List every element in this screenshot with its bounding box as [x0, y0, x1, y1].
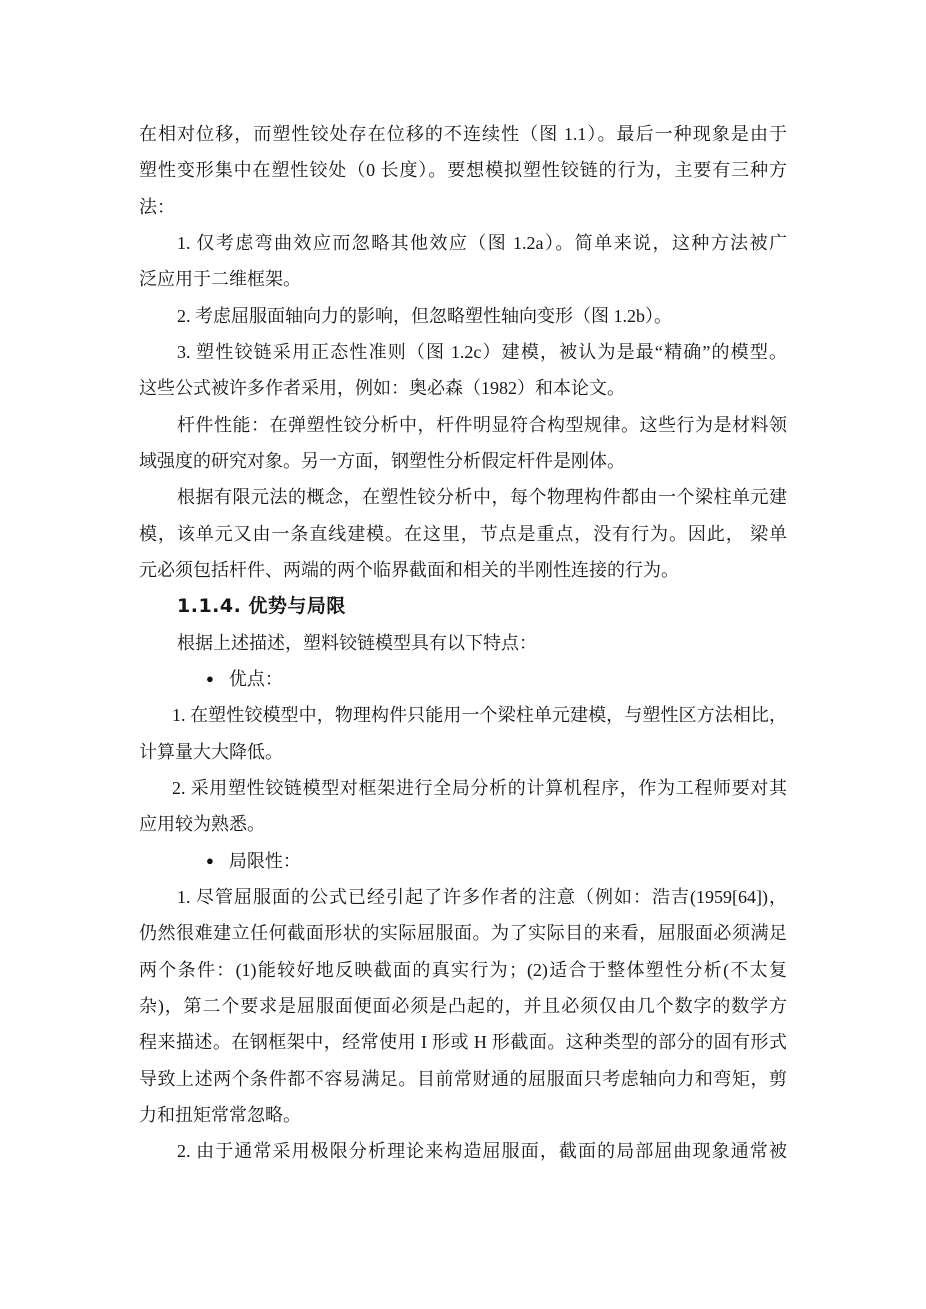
line-text: 3. 塑性铰链采用正态性准则（图 1.2c）建模，被认为是最“精确”的模型。 [177, 342, 787, 362]
line-text: 优点： [229, 669, 283, 689]
para-features-intro: 根据上述描述，塑料铰链模型具有以下特点： [139, 625, 787, 661]
text-line: ●局限性： [139, 843, 787, 879]
line-text: 1. 仅考虑弯曲效应而忽略其他效应（图 1.2a）。简单来说，这种方法被广 [177, 233, 787, 253]
document-page: 在相对位移，而塑性铰处存在位移的不连续性（图 1.1）。最后一种现象是由于塑性变… [0, 0, 926, 1309]
section-heading: 1.1.4. 优势与局限 [139, 588, 787, 624]
line-text: 2. 考虑屈服面轴向力的影响，但忽略塑性轴向变形（图 1.2b）。 [177, 306, 672, 326]
line-text: 应用较为熟悉。 [139, 814, 265, 834]
line-text: 1. 尽管屈服面的公式已经引起了许多作者的注意（例如：浩吉(1959[64])， [177, 887, 787, 907]
text-line: 计算量大大降低。 [139, 734, 787, 770]
text-line: 1. 尽管屈服面的公式已经引起了许多作者的注意（例如：浩吉(1959[64])， [139, 879, 787, 915]
line-text: 力和扭矩常常忽略。 [139, 1105, 301, 1125]
text-line: 在相对位移，而塑性铰处存在位移的不连续性（图 1.1）。最后一种现象是由于 [139, 116, 787, 152]
text-line: 泛应用于二维框架。 [139, 261, 787, 297]
text-line: 这些公式被许多作者采用，例如：奥必森（1982）和本论文。 [139, 370, 787, 406]
section-heading-1-1-4: 1.1.4. 优势与局限 [139, 588, 787, 624]
advantage-item-1: 1. 在塑性铰模型中，物理构件只能用一个梁柱单元建模，与塑性区方法相比，计算量大… [139, 697, 787, 770]
method-item-3: 3. 塑性铰链采用正态性准则（图 1.2c）建模，被认为是最“精确”的模型。这些… [139, 334, 787, 407]
text-line: 应用较为熟悉。 [139, 806, 787, 842]
limitation-item-1: 1. 尽管屈服面的公式已经引起了许多作者的注意（例如：浩吉(1959[64])，… [139, 879, 787, 1133]
line-text: 1.1.4. 优势与局限 [177, 595, 346, 617]
bullet-limitations: ●局限性： [139, 843, 787, 879]
line-text: 模，该单元又由一条直线建模。在这里，节点是重点，没有行为。因此， 梁单 [139, 524, 787, 544]
bullet-icon: ● [206, 661, 214, 697]
line-text: 两个条件：(1)能较好地反映截面的真实行为；(2)适合于整体塑性分析(不太复 [139, 960, 787, 980]
text-line: 元必须包括杆件、两端的两个临界截面和相关的半刚性连接的行为。 [139, 552, 787, 588]
bullet-advantages: ●优点： [139, 661, 787, 697]
text-line: 模，该单元又由一条直线建模。在这里，节点是重点，没有行为。因此， 梁单 [139, 516, 787, 552]
line-text: 这些公式被许多作者采用，例如：奥必森（1982）和本论文。 [139, 378, 625, 398]
text-line: 域强度的研究对象。另一方面，钢塑性分析假定杆件是刚体。 [139, 443, 787, 479]
text-line: ●优点： [139, 661, 787, 697]
text-line: 杂)，第二个要求是屈服面便面必须是凸起的，并且必须仅由几个数字的数学方 [139, 988, 787, 1024]
text-line: 2. 由于通常采用极限分析理论来构造屈服面，截面的局部屈曲现象通常被 [139, 1133, 787, 1169]
line-text: 根据有限元法的概念，在塑性铰分析中，每个物理构件都由一个梁柱单元建 [177, 487, 787, 507]
line-text: 域强度的研究对象。另一方面，钢塑性分析假定杆件是刚体。 [139, 451, 625, 471]
line-text: 塑性变形集中在塑性铰处（0 长度）。要想模拟塑性铰链的行为，主要有三种方 [139, 160, 787, 180]
text-line: 导致上述两个条件都不容易满足。目前常财通的屈服面只考虑轴向力和弯矩，剪 [139, 1061, 787, 1097]
method-item-2: 2. 考虑屈服面轴向力的影响，但忽略塑性轴向变形（图 1.2b）。 [139, 298, 787, 334]
line-text: 杆件性能：在弹塑性铰分析中，杆件明显符合构型规律。这些行为是材料领 [177, 415, 787, 435]
line-text: 计算量大大降低。 [139, 742, 283, 762]
line-text: 在相对位移，而塑性铰处存在位移的不连续性（图 1.1）。最后一种现象是由于 [139, 124, 787, 144]
text-line: 杆件性能：在弹塑性铰分析中，杆件明显符合构型规律。这些行为是材料领 [139, 407, 787, 443]
text-line: 程来描述。在钢框架中，经常使用 I 形或 H 形截面。这种类型的部分的固有形式 [139, 1024, 787, 1060]
line-text: 程来描述。在钢框架中，经常使用 I 形或 H 形截面。这种类型的部分的固有形式 [139, 1032, 787, 1052]
text-line: 仍然很难建立任何截面形状的实际屈服面。为了实际目的来看，屈服面必须满足 [139, 915, 787, 951]
text-line: 根据上述描述，塑料铰链模型具有以下特点： [139, 625, 787, 661]
text-line: 根据有限元法的概念，在塑性铰分析中，每个物理构件都由一个梁柱单元建 [139, 479, 787, 515]
text-line: 力和扭矩常常忽略。 [139, 1097, 787, 1133]
line-text: 杂)，第二个要求是屈服面便面必须是凸起的，并且必须仅由几个数字的数学方 [139, 996, 787, 1016]
method-item-1: 1. 仅考虑弯曲效应而忽略其他效应（图 1.2a）。简单来说，这种方法被广泛应用… [139, 225, 787, 298]
text-block: 在相对位移，而塑性铰处存在位移的不连续性（图 1.1）。最后一种现象是由于塑性变… [139, 116, 787, 1170]
line-text: 1. 在塑性铰模型中，物理构件只能用一个梁柱单元建模，与塑性区方法相比， [172, 705, 787, 725]
text-line: 两个条件：(1)能较好地反映截面的真实行为；(2)适合于整体塑性分析(不太复 [139, 952, 787, 988]
text-line: 1. 在塑性铰模型中，物理构件只能用一个梁柱单元建模，与塑性区方法相比， [139, 697, 787, 733]
line-text: 2. 由于通常采用极限分析理论来构造屈服面，截面的局部屈曲现象通常被 [177, 1141, 787, 1161]
text-line: 2. 采用塑性铰链模型对框架进行全局分析的计算机程序，作为工程师要对其 [139, 770, 787, 806]
line-text: 2. 采用塑性铰链模型对框架进行全局分析的计算机程序，作为工程师要对其 [172, 778, 787, 798]
line-text: 根据上述描述，塑料铰链模型具有以下特点： [177, 633, 537, 653]
line-text: 元必须包括杆件、两端的两个临界截面和相关的半刚性连接的行为。 [139, 560, 679, 580]
line-text: 导致上述两个条件都不容易满足。目前常财通的屈服面只考虑轴向力和弯矩，剪 [139, 1069, 787, 1089]
line-text: 泛应用于二维框架。 [139, 269, 301, 289]
para-continuation: 在相对位移，而塑性铰处存在位移的不连续性（图 1.1）。最后一种现象是由于塑性变… [139, 116, 787, 225]
line-text: 仍然很难建立任何截面形状的实际屈服面。为了实际目的来看，屈服面必须满足 [139, 923, 787, 943]
text-line: 2. 考虑屈服面轴向力的影响，但忽略塑性轴向变形（图 1.2b）。 [139, 298, 787, 334]
para-fem-concept: 根据有限元法的概念，在塑性铰分析中，每个物理构件都由一个梁柱单元建模，该单元又由… [139, 479, 787, 588]
text-line: 塑性变形集中在塑性铰处（0 长度）。要想模拟塑性铰链的行为，主要有三种方 [139, 152, 787, 188]
para-member-performance: 杆件性能：在弹塑性铰分析中，杆件明显符合构型规律。这些行为是材料领域强度的研究对… [139, 407, 787, 480]
line-text: 法： [139, 197, 175, 217]
text-line: 3. 塑性铰链采用正态性准则（图 1.2c）建模，被认为是最“精确”的模型。 [139, 334, 787, 370]
text-line: 法： [139, 189, 787, 225]
text-line: 1. 仅考虑弯曲效应而忽略其他效应（图 1.2a）。简单来说，这种方法被广 [139, 225, 787, 261]
bullet-icon: ● [206, 843, 214, 879]
limitation-item-2: 2. 由于通常采用极限分析理论来构造屈服面，截面的局部屈曲现象通常被 [139, 1133, 787, 1169]
line-text: 局限性： [229, 851, 301, 871]
advantage-item-2: 2. 采用塑性铰链模型对框架进行全局分析的计算机程序，作为工程师要对其应用较为熟… [139, 770, 787, 843]
